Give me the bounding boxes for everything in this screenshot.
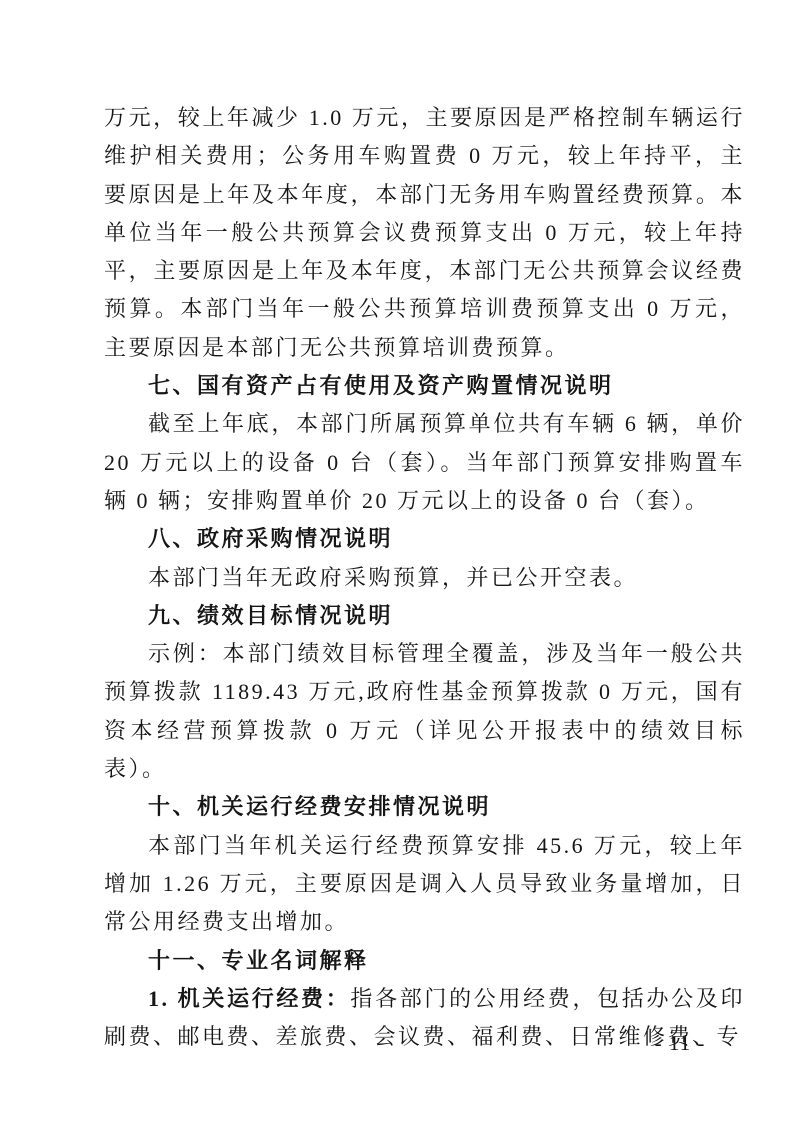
section-heading: 十、机关运行经费安排情况说明 (104, 788, 745, 826)
term-label: 1. 机关运行经费： (148, 986, 350, 1011)
paragraph-continuation: 万元，较上年减少 1.0 万元，主要原因是严格控制车辆运行维护相关费用；公务用车… (104, 99, 745, 367)
section-heading: 七、国有资产占有使用及资产购置情况说明 (104, 367, 745, 405)
section-heading: 九、绩效目标情况说明 (104, 597, 745, 635)
paragraph: 示例：本部门绩效目标管理全覆盖，涉及当年一般公共预算拨款 1189.43 万元,… (104, 635, 745, 788)
paragraph: 本部门当年机关运行经费预算安排 45.6 万元，较上年增加 1.26 万元，主要… (104, 827, 745, 942)
document-page: 万元，较上年减少 1.0 万元，主要原因是严格控制车辆运行维护相关费用；公务用车… (0, 0, 793, 1122)
paragraph: 截至上年底，本部门所属预算单位共有车辆 6 辆，单价 20 万元以上的设备 0 … (104, 405, 745, 520)
page-number: - 11 - (640, 1031, 720, 1056)
document-body: 万元，较上年减少 1.0 万元，主要原因是严格控制车辆运行维护相关费用；公务用车… (104, 99, 745, 1056)
paragraph: 本部门当年无政府采购预算，并已公开空表。 (104, 559, 745, 597)
section-heading: 八、政府采购情况说明 (104, 520, 745, 558)
section-heading: 十一、专业名词解释 (104, 942, 745, 980)
